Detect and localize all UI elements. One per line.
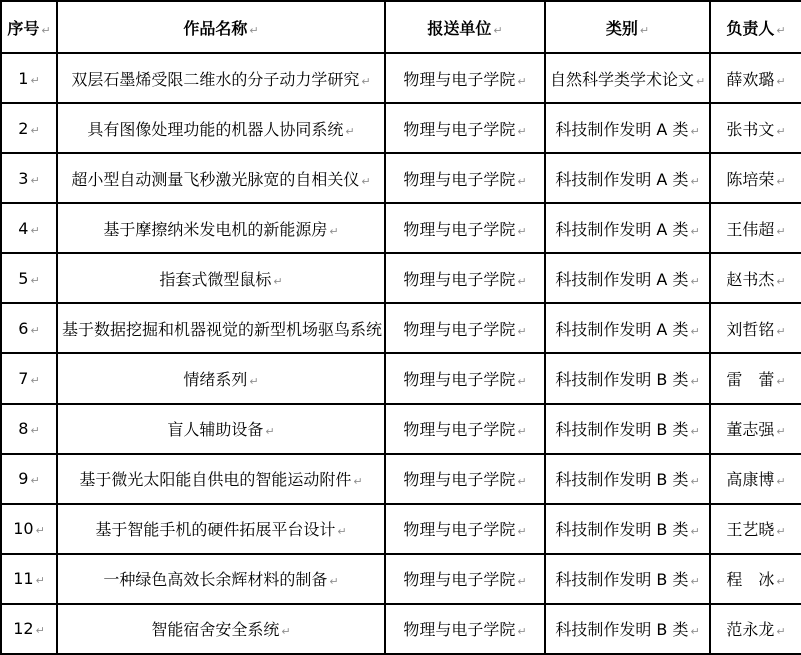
paragraph-mark: ↵: [690, 225, 699, 238]
cell-leader-text: 程 冰: [726, 570, 774, 589]
cell-leader: 赵书杰↵: [710, 253, 801, 303]
cell-unit-text: 物理与电子学院: [403, 570, 515, 589]
cell-unit-text: 物理与电子学院: [403, 270, 515, 289]
cell-no-text: 9: [18, 469, 28, 488]
cell-unit: 物理与电子学院↵: [385, 203, 545, 253]
cell-unit: 物理与电子学院↵: [385, 153, 545, 203]
paragraph-mark: ↵: [776, 425, 785, 438]
cell-unit: 物理与电子学院↵: [385, 504, 545, 554]
cell-unit: 物理与电子学院↵: [385, 253, 545, 303]
cell-unit-text: 物理与电子学院: [403, 120, 515, 139]
cell-no-text: 2: [18, 119, 28, 138]
cell-leader-text: 雷 蕾: [726, 370, 774, 389]
table-row: 12↵智能宿舍安全系统↵物理与电子学院↵科技制作发明 B 类↵范永龙↵: [1, 604, 801, 654]
cell-category-text: 科技制作发明 A 类: [555, 320, 688, 339]
cell-no-text: 12: [13, 619, 33, 638]
cell-no: 3↵: [1, 153, 57, 203]
cell-leader-text: 王艺晓: [726, 520, 774, 539]
cell-no: 10↵: [1, 504, 57, 554]
cell-category-text: 科技制作发明 B 类: [555, 470, 688, 489]
paragraph-mark: ↵: [776, 575, 785, 588]
paragraph-mark: ↵: [517, 625, 526, 638]
cell-category: 科技制作发明 A 类↵: [545, 103, 710, 153]
cell-unit-text: 物理与电子学院: [403, 620, 515, 639]
paragraph-mark: ↵: [30, 274, 39, 287]
paragraph-mark: ↵: [690, 625, 699, 638]
cell-leader-text: 刘哲铭: [726, 320, 774, 339]
cell-no-text: 8: [18, 419, 28, 438]
cell-category: 科技制作发明 A 类↵: [545, 253, 710, 303]
header-name-label: 作品名称: [183, 19, 247, 38]
cell-leader-text: 高康博: [726, 470, 774, 489]
paragraph-mark: ↵: [517, 275, 526, 288]
paragraph-mark: ↵: [30, 324, 39, 337]
paragraph-mark: ↵: [776, 625, 785, 638]
paragraph-mark: ↵: [776, 275, 785, 288]
cell-category-text: 科技制作发明 B 类: [555, 570, 688, 589]
cell-name-text: 情绪系列: [183, 370, 247, 389]
cell-category: 科技制作发明 B 类↵: [545, 604, 710, 654]
paragraph-mark: ↵: [776, 125, 785, 138]
table-row: 5↵指套式微型鼠标↵物理与电子学院↵科技制作发明 A 类↵赵书杰↵: [1, 253, 801, 303]
paragraph-mark: ↵: [353, 475, 362, 488]
cell-name-text: 一种绿色高效长余辉材料的制备: [103, 570, 327, 589]
paragraph-mark: ↵: [361, 175, 370, 188]
cell-unit-text: 物理与电子学院: [403, 70, 515, 89]
cell-category: 科技制作发明 B 类↵: [545, 554, 710, 604]
cell-no-text: 11: [13, 569, 33, 588]
cell-unit: 物理与电子学院↵: [385, 103, 545, 153]
cell-name-text: 超小型自动测量飞秒激光脉宽的自相关仪: [71, 170, 359, 189]
paragraph-mark: ↵: [776, 24, 785, 37]
cell-category: 科技制作发明 B 类↵: [545, 404, 710, 454]
paragraph-mark: ↵: [30, 124, 39, 137]
paragraph-mark: ↵: [640, 24, 649, 37]
cell-name-text: 基于数据挖掘和机器视觉的新型机场驱鸟系统: [62, 320, 382, 339]
cell-leader-text: 张书文: [726, 120, 774, 139]
table-row: 7↵情绪系列↵物理与电子学院↵科技制作发明 B 类↵雷 蕾↵: [1, 353, 801, 403]
paragraph-mark: ↵: [776, 225, 785, 238]
paragraph-mark: ↵: [776, 325, 785, 338]
paragraph-mark: ↵: [690, 425, 699, 438]
cell-name: 指套式微型鼠标↵: [57, 253, 385, 303]
cell-category-text: 科技制作发明 B 类: [555, 420, 688, 439]
cell-category: 科技制作发明 A 类↵: [545, 203, 710, 253]
table-row: 2↵具有图像处理功能的机器人协同系统↵物理与电子学院↵科技制作发明 A 类↵张书…: [1, 103, 801, 153]
cell-unit-text: 物理与电子学院: [403, 170, 515, 189]
paragraph-mark: ↵: [265, 425, 274, 438]
cell-name-text: 双层石墨烯受限二维水的分子动力学研究: [71, 70, 359, 89]
cell-category-text: 科技制作发明 A 类: [555, 120, 688, 139]
cell-unit: 物理与电子学院↵: [385, 353, 545, 403]
cell-name: 基于数据挖掘和机器视觉的新型机场驱鸟系统↵: [57, 303, 385, 353]
header-category-label: 类别: [606, 19, 638, 38]
table-row: 9↵基于微光太阳能自供电的智能运动附件↵物理与电子学院↵科技制作发明 B 类↵高…: [1, 454, 801, 504]
paragraph-mark: ↵: [517, 125, 526, 138]
paragraph-mark: ↵: [690, 525, 699, 538]
cell-leader-text: 董志强: [726, 420, 774, 439]
cell-name: 情绪系列↵: [57, 353, 385, 403]
cell-category-text: 科技制作发明 B 类: [555, 620, 688, 639]
cell-leader: 雷 蕾↵: [710, 353, 801, 403]
works-submission-table: 序号↵ 作品名称↵ 报送单位↵ 类别↵ 负责人↵ 1↵双层石墨烯受限二维水的分子…: [0, 0, 801, 655]
paragraph-mark: ↵: [517, 475, 526, 488]
cell-name-text: 基于微光太阳能自供电的智能运动附件: [79, 470, 351, 489]
cell-leader: 陈培荣↵: [710, 153, 801, 203]
paragraph-mark: ↵: [517, 175, 526, 188]
paragraph-mark: ↵: [36, 624, 45, 637]
cell-category: 科技制作发明 B 类↵: [545, 454, 710, 504]
cell-leader: 王伟超↵: [710, 203, 801, 253]
cell-category-text: 科技制作发明 A 类: [555, 220, 688, 239]
table-row: 1↵双层石墨烯受限二维水的分子动力学研究↵物理与电子学院↵自然科学类学术论文↵薛…: [1, 53, 801, 103]
paragraph-mark: ↵: [493, 24, 502, 37]
paragraph-mark: ↵: [776, 525, 785, 538]
paragraph-mark: ↵: [361, 75, 370, 88]
cell-unit: 物理与电子学院↵: [385, 604, 545, 654]
cell-name-text: 智能宿舍安全系统: [151, 620, 279, 639]
cell-name: 具有图像处理功能的机器人协同系统↵: [57, 103, 385, 153]
paragraph-mark: ↵: [249, 375, 258, 388]
cell-name: 双层石墨烯受限二维水的分子动力学研究↵: [57, 53, 385, 103]
cell-unit-text: 物理与电子学院: [403, 370, 515, 389]
paragraph-mark: ↵: [30, 474, 39, 487]
paragraph-mark: ↵: [517, 75, 526, 88]
table-row: 11↵一种绿色高效长余辉材料的制备↵物理与电子学院↵科技制作发明 B 类↵程 冰…: [1, 554, 801, 604]
table-row: 6↵基于数据挖掘和机器视觉的新型机场驱鸟系统↵物理与电子学院↵科技制作发明 A …: [1, 303, 801, 353]
table-row: 10↵基于智能手机的硬件拓展平台设计↵物理与电子学院↵科技制作发明 B 类↵王艺…: [1, 504, 801, 554]
paragraph-mark: ↵: [249, 24, 258, 37]
paragraph-mark: ↵: [30, 224, 39, 237]
cell-leader: 薛欢璐↵: [710, 53, 801, 103]
paragraph-mark: ↵: [337, 525, 346, 538]
cell-category-text: 自然科学类学术论文: [550, 70, 694, 89]
paragraph-mark: ↵: [517, 375, 526, 388]
paragraph-mark: ↵: [690, 475, 699, 488]
table-row: 3↵超小型自动测量飞秒激光脉宽的自相关仪↵物理与电子学院↵科技制作发明 A 类↵…: [1, 153, 801, 203]
table-row: 8↵盲人辅助设备↵物理与电子学院↵科技制作发明 B 类↵董志强↵: [1, 404, 801, 454]
cell-leader-text: 王伟超: [726, 220, 774, 239]
cell-no: 8↵: [1, 404, 57, 454]
cell-name: 盲人辅助设备↵: [57, 404, 385, 454]
cell-name: 基于摩擦纳米发电机的新能源房↵: [57, 203, 385, 253]
paragraph-mark: ↵: [281, 625, 290, 638]
cell-name-text: 具有图像处理功能的机器人协同系统: [87, 120, 343, 139]
cell-no: 4↵: [1, 203, 57, 253]
paragraph-mark: ↵: [30, 374, 39, 387]
cell-leader: 董志强↵: [710, 404, 801, 454]
cell-leader: 张书文↵: [710, 103, 801, 153]
cell-no: 6↵: [1, 303, 57, 353]
cell-unit: 物理与电子学院↵: [385, 303, 545, 353]
cell-unit-text: 物理与电子学院: [403, 520, 515, 539]
cell-no: 7↵: [1, 353, 57, 403]
cell-name: 基于微光太阳能自供电的智能运动附件↵: [57, 454, 385, 504]
cell-no: 1↵: [1, 53, 57, 103]
header-leader: 负责人↵: [710, 1, 801, 53]
paragraph-mark: ↵: [517, 225, 526, 238]
cell-no-text: 6: [18, 319, 28, 338]
cell-category: 科技制作发明 B 类↵: [545, 504, 710, 554]
paragraph-mark: ↵: [776, 75, 785, 88]
cell-no: 11↵: [1, 554, 57, 604]
cell-name-text: 指套式微型鼠标: [159, 270, 271, 289]
paragraph-mark: ↵: [776, 375, 785, 388]
cell-leader: 程 冰↵: [710, 554, 801, 604]
cell-leader-text: 范永龙: [726, 620, 774, 639]
cell-leader: 刘哲铭↵: [710, 303, 801, 353]
cell-no-text: 3: [18, 169, 28, 188]
paragraph-mark: ↵: [36, 524, 45, 537]
cell-unit-text: 物理与电子学院: [403, 470, 515, 489]
cell-no: 12↵: [1, 604, 57, 654]
cell-name: 基于智能手机的硬件拓展平台设计↵: [57, 504, 385, 554]
paragraph-mark: ↵: [690, 575, 699, 588]
cell-category-text: 科技制作发明 A 类: [555, 170, 688, 189]
cell-no-text: 4: [18, 219, 28, 238]
paragraph-mark: ↵: [517, 325, 526, 338]
cell-unit: 物理与电子学院↵: [385, 554, 545, 604]
cell-unit-text: 物理与电子学院: [403, 220, 515, 239]
paragraph-mark: ↵: [690, 325, 699, 338]
paragraph-mark: ↵: [345, 125, 354, 138]
header-no: 序号↵: [1, 1, 57, 53]
cell-name-text: 基于摩擦纳米发电机的新能源房: [103, 220, 327, 239]
paragraph-mark: ↵: [517, 425, 526, 438]
cell-unit: 物理与电子学院↵: [385, 404, 545, 454]
cell-category-text: 科技制作发明 B 类: [555, 370, 688, 389]
paragraph-mark: ↵: [776, 175, 785, 188]
header-unit: 报送单位↵: [385, 1, 545, 53]
paragraph-mark: ↵: [517, 525, 526, 538]
paragraph-mark: ↵: [329, 225, 338, 238]
cell-no-text: 5: [18, 269, 28, 288]
header-leader-label: 负责人: [726, 19, 774, 38]
cell-unit: 物理与电子学院↵: [385, 53, 545, 103]
header-no-label: 序号: [7, 19, 39, 38]
cell-category: 科技制作发明 B 类↵: [545, 353, 710, 403]
cell-name-text: 盲人辅助设备: [167, 420, 263, 439]
cell-no-text: 1: [18, 69, 28, 88]
cell-name-text: 基于智能手机的硬件拓展平台设计: [95, 520, 335, 539]
paragraph-mark: ↵: [690, 125, 699, 138]
cell-category-text: 科技制作发明 A 类: [555, 270, 688, 289]
cell-unit-text: 物理与电子学院: [403, 320, 515, 339]
cell-leader-text: 赵书杰: [726, 270, 774, 289]
paragraph-mark: ↵: [273, 275, 282, 288]
paragraph-mark: ↵: [41, 24, 50, 37]
cell-no: 5↵: [1, 253, 57, 303]
paragraph-mark: ↵: [696, 75, 705, 88]
cell-category: 科技制作发明 A 类↵: [545, 303, 710, 353]
cell-leader-text: 陈培荣: [726, 170, 774, 189]
table-row: 4↵基于摩擦纳米发电机的新能源房↵物理与电子学院↵科技制作发明 A 类↵王伟超↵: [1, 203, 801, 253]
paragraph-mark: ↵: [517, 575, 526, 588]
cell-name: 智能宿舍安全系统↵: [57, 604, 385, 654]
paragraph-mark: ↵: [30, 174, 39, 187]
cell-leader-text: 薛欢璐: [726, 70, 774, 89]
cell-category: 科技制作发明 A 类↵: [545, 153, 710, 203]
paragraph-mark: ↵: [36, 574, 45, 587]
header-name: 作品名称↵: [57, 1, 385, 53]
cell-unit-text: 物理与电子学院: [403, 420, 515, 439]
paragraph-mark: ↵: [329, 575, 338, 588]
cell-no: 2↵: [1, 103, 57, 153]
header-unit-label: 报送单位: [427, 19, 491, 38]
cell-no-text: 7: [18, 369, 28, 388]
cell-no-text: 10: [13, 519, 33, 538]
cell-leader: 高康博↵: [710, 454, 801, 504]
paragraph-mark: ↵: [690, 175, 699, 188]
cell-name: 超小型自动测量飞秒激光脉宽的自相关仪↵: [57, 153, 385, 203]
cell-category-text: 科技制作发明 B 类: [555, 520, 688, 539]
paragraph-mark: ↵: [690, 375, 699, 388]
cell-category: 自然科学类学术论文↵: [545, 53, 710, 103]
paragraph-mark: ↵: [690, 275, 699, 288]
paragraph-mark: ↵: [30, 74, 39, 87]
paragraph-mark: ↵: [30, 424, 39, 437]
header-category: 类别↵: [545, 1, 710, 53]
cell-no: 9↵: [1, 454, 57, 504]
cell-name: 一种绿色高效长余辉材料的制备↵: [57, 554, 385, 604]
table-header-row: 序号↵ 作品名称↵ 报送单位↵ 类别↵ 负责人↵: [1, 1, 801, 53]
table-body: 1↵双层石墨烯受限二维水的分子动力学研究↵物理与电子学院↵自然科学类学术论文↵薛…: [1, 53, 801, 654]
paragraph-mark: ↵: [776, 475, 785, 488]
cell-leader: 范永龙↵: [710, 604, 801, 654]
cell-unit: 物理与电子学院↵: [385, 454, 545, 504]
cell-leader: 王艺晓↵: [710, 504, 801, 554]
